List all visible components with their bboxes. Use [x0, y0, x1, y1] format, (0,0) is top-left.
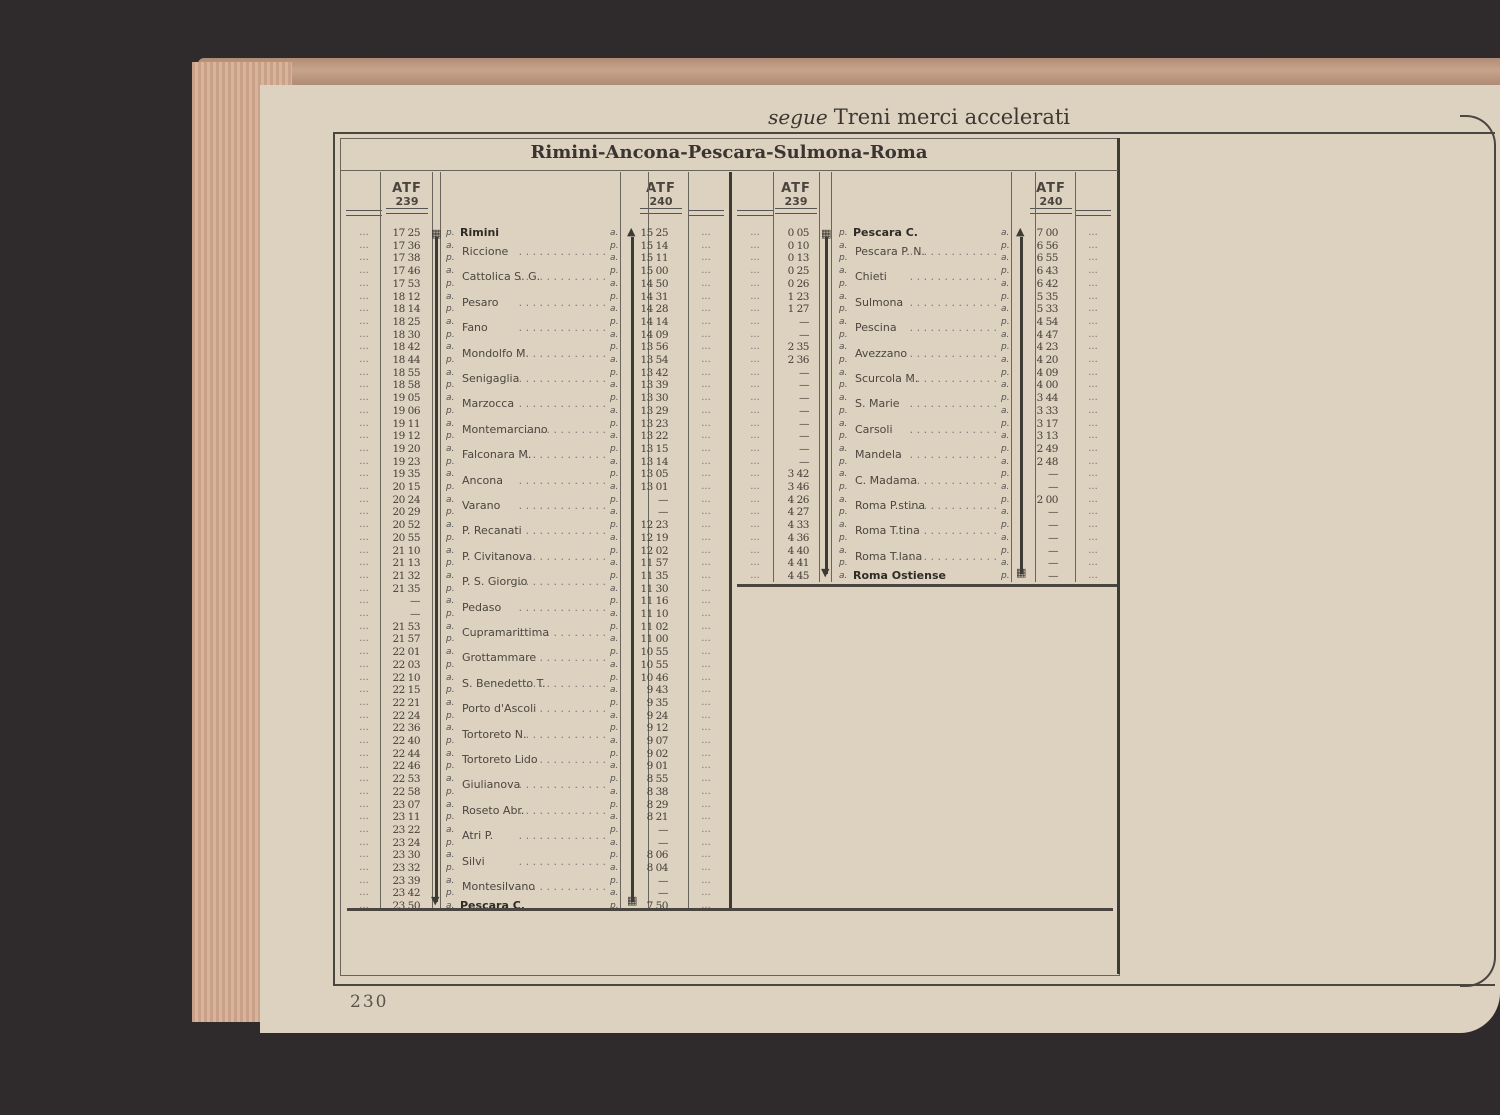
empty-cell: ...: [1075, 278, 1111, 291]
departure-marker: p.: [610, 392, 619, 405]
station-name-terminus: Roma Ostiense: [853, 570, 946, 583]
arrival-marker: a.: [446, 824, 454, 837]
empty-cell: ...: [1075, 367, 1111, 380]
time-cell-up: 15 25: [636, 227, 668, 240]
arrival-marker: a.: [839, 570, 847, 583]
time-cell-down: 18 42: [382, 341, 420, 354]
time-cell-down: 4 27: [771, 506, 809, 519]
empty-cell: ...: [688, 684, 724, 697]
empty-cell: ...: [688, 824, 724, 837]
empty-cell: ...: [688, 786, 724, 799]
train-header-down: ATF239: [771, 182, 821, 208]
empty-cell: ...: [688, 240, 724, 253]
empty-cell: ...: [688, 773, 724, 786]
time-cell-up: 14 14: [636, 316, 668, 329]
arrival-marker: a.: [610, 735, 618, 748]
empty-cell: ...: [346, 608, 382, 621]
running-head-title: Treni merci accelerati: [834, 105, 1070, 129]
empty-cell: ...: [1075, 418, 1111, 431]
arrival-marker: a.: [446, 468, 454, 481]
empty-cell: ...: [737, 570, 773, 583]
column-rule: [620, 172, 621, 910]
empty-cell: ...: [737, 430, 773, 443]
leader-dots: . . . . . . . . . . . . .: [462, 525, 606, 538]
departure-marker: p.: [446, 557, 455, 570]
time-cell-up: 13 14: [636, 456, 668, 469]
time-cell-up: —: [636, 837, 668, 850]
empty-cell: ...: [1075, 481, 1111, 494]
departure-marker: p.: [446, 862, 455, 875]
empty-cell: ...: [688, 329, 724, 342]
leader-dots: . . . . . . . . . . . . .: [462, 754, 606, 767]
time-cell-up: 11 16: [636, 595, 668, 608]
time-cell-up: —: [1026, 481, 1058, 494]
empty-cell: ...: [1075, 227, 1111, 240]
empty-cell: ...: [346, 672, 382, 685]
time-cell-down: 22 10: [382, 672, 420, 685]
empty-cell: ...: [737, 367, 773, 380]
up-arrow-icon: ▲: [627, 225, 635, 238]
arrival-marker: a.: [446, 748, 454, 761]
empty-cell: ...: [688, 379, 724, 392]
arrival-marker: a.: [610, 278, 618, 291]
time-cell-up: 6 42: [1026, 278, 1058, 291]
time-cell-down: 21 10: [382, 545, 420, 558]
time-cell-down: 19 06: [382, 405, 420, 418]
train-terminus-icon: ▦: [1016, 566, 1026, 579]
departure-marker: p.: [446, 887, 455, 900]
departure-marker: p.: [610, 748, 619, 761]
empty-cell: ...: [688, 392, 724, 405]
arrival-marker: a.: [610, 684, 618, 697]
time-cell-up: 6 55: [1026, 252, 1058, 265]
time-cell-up: 15 11: [636, 252, 668, 265]
time-cell-down: 22 21: [382, 697, 420, 710]
departure-marker: p.: [839, 329, 848, 342]
departure-marker: p.: [1001, 418, 1010, 431]
empty-cell: ...: [346, 252, 382, 265]
time-cell-down: 22 01: [382, 646, 420, 659]
empty-cell: ...: [688, 849, 724, 862]
time-cell-down: 4 40: [771, 545, 809, 558]
departure-marker: p.: [610, 443, 619, 456]
departure-marker: p.: [1001, 468, 1010, 481]
time-cell-up: 4 54: [1026, 316, 1058, 329]
time-cell-down: 0 05: [771, 227, 809, 240]
arrival-marker: a.: [610, 583, 618, 596]
train-origin-icon: ▦: [431, 227, 441, 240]
leader-dots: . . . . . . . . . . . . .: [462, 652, 606, 665]
down-direction-arrow: [435, 237, 438, 902]
empty-cell: ...: [688, 735, 724, 748]
leader-dots: . . . . . . . . . . . . .: [462, 297, 606, 310]
time-cell-down: 23 24: [382, 837, 420, 850]
departure-marker: p.: [610, 697, 619, 710]
empty-cell: ...: [346, 710, 382, 723]
empty-cell: ...: [688, 659, 724, 672]
departure-marker: p.: [446, 583, 455, 596]
time-cell-down: —: [771, 367, 809, 380]
arrival-marker: a.: [839, 418, 847, 431]
time-cell-up: 13 01: [636, 481, 668, 494]
departure-marker: p.: [610, 646, 619, 659]
time-cell-down: —: [771, 430, 809, 443]
departure-marker: p.: [446, 735, 455, 748]
empty-cell: ...: [346, 824, 382, 837]
time-cell-up: 5 35: [1026, 291, 1058, 304]
arrival-marker: a.: [446, 849, 454, 862]
empty-cell: ...: [346, 837, 382, 850]
leader-dots: . . . . . . . . . . . . .: [855, 271, 997, 284]
empty-cell: ...: [346, 303, 382, 316]
time-cell-down: —: [771, 405, 809, 418]
arrival-marker: a.: [839, 367, 847, 380]
time-cell-up: 3 44: [1026, 392, 1058, 405]
empty-cell: ...: [688, 481, 724, 494]
empty-cell: ...: [688, 799, 724, 812]
time-cell-down: 19 11: [382, 418, 420, 431]
empty-cell: ...: [346, 291, 382, 304]
time-cell-down: 0 25: [771, 265, 809, 278]
leader-dots: . . . . . . . . . . . . .: [462, 246, 606, 259]
departure-marker: p.: [839, 430, 848, 443]
time-cell-up: —: [1026, 545, 1058, 558]
time-cell-up: 6 56: [1026, 240, 1058, 253]
empty-cell: ...: [346, 545, 382, 558]
time-cell-down: —: [771, 329, 809, 342]
arrival-marker: a.: [446, 875, 454, 888]
train-type-label: ATF: [1026, 182, 1076, 195]
station-name-origin: Rimini: [460, 227, 499, 240]
empty-cell: ...: [688, 532, 724, 545]
empty-cell: ...: [688, 443, 724, 456]
departure-marker: p.: [839, 252, 848, 265]
time-cell-up: 15 00: [636, 265, 668, 278]
leader-dots: . . . . . . . . . . . . .: [462, 348, 606, 361]
empty-cell: ...: [688, 519, 724, 532]
empty-cell: ...: [1075, 303, 1111, 316]
empty-cell: ...: [688, 748, 724, 761]
empty-cell: ...: [346, 329, 382, 342]
empty-cell: ...: [737, 506, 773, 519]
arrival-marker: a.: [446, 722, 454, 735]
departure-marker: p.: [446, 506, 455, 519]
time-cell-down: 0 13: [771, 252, 809, 265]
time-cell-up: 6 43: [1026, 265, 1058, 278]
arrival-marker: a.: [446, 367, 454, 380]
time-cell-down: 19 20: [382, 443, 420, 456]
arrival-marker: a.: [610, 227, 618, 240]
train-number: 240: [1026, 195, 1076, 208]
time-cell-up: 14 31: [636, 291, 668, 304]
leader-dots: . . . . . . . . . . . . .: [855, 475, 997, 488]
leader-dots: . . . . . . . . . . . . .: [855, 449, 997, 462]
time-cell-down: —: [771, 443, 809, 456]
empty-cell: ...: [346, 887, 382, 900]
arrival-marker: a.: [446, 646, 454, 659]
time-cell-up: 9 35: [636, 697, 668, 710]
departure-marker: p.: [1001, 392, 1010, 405]
time-cell-down: —: [771, 392, 809, 405]
empty-cell: ...: [688, 595, 724, 608]
time-cell-down: 23 11: [382, 811, 420, 824]
arrival-marker: a.: [610, 430, 618, 443]
time-cell-down: 23 22: [382, 824, 420, 837]
time-cell-down: 18 44: [382, 354, 420, 367]
time-cell-up: 3 13: [1026, 430, 1058, 443]
empty-cell: ...: [688, 506, 724, 519]
empty-cell: ...: [688, 621, 724, 634]
time-cell-up: 4 00: [1026, 379, 1058, 392]
time-cell-up: 4 20: [1026, 354, 1058, 367]
arrival-marker: a.: [610, 252, 618, 265]
departure-marker: p.: [446, 227, 455, 240]
arrival-marker: a.: [1001, 557, 1009, 570]
arrival-marker: a.: [839, 341, 847, 354]
arrival-marker: a.: [839, 443, 847, 456]
empty-cell: ...: [346, 646, 382, 659]
arrival-marker: a.: [446, 341, 454, 354]
arrival-marker: a.: [610, 710, 618, 723]
empty-cell: ...: [688, 456, 724, 469]
departure-marker: p.: [446, 252, 455, 265]
train-type-label: ATF: [771, 182, 821, 195]
leader-dots: . . . . . . . . . . . . .: [855, 322, 997, 335]
arrival-marker: a.: [610, 379, 618, 392]
empty-cell: ...: [346, 494, 382, 507]
time-cell-up: —: [636, 875, 668, 888]
leader-dots: . . . . . . . . . . . . .: [462, 602, 606, 615]
time-cell-down: 18 14: [382, 303, 420, 316]
departure-marker: p.: [839, 532, 848, 545]
arrival-marker: a.: [1001, 430, 1009, 443]
empty-cell: ...: [688, 227, 724, 240]
empty-cell: ...: [1075, 468, 1111, 481]
arrival-marker: a.: [1001, 481, 1009, 494]
arrival-marker: a.: [1001, 506, 1009, 519]
leader-dots: . . . . . . . . . . . . .: [462, 500, 606, 513]
departure-marker: p.: [610, 875, 619, 888]
time-cell-down: 22 36: [382, 722, 420, 735]
arrival-marker: a.: [610, 354, 618, 367]
empty-cell: ...: [346, 684, 382, 697]
empty-cell: ...: [346, 595, 382, 608]
departure-marker: p.: [1001, 316, 1010, 329]
leader-dots: . . . . . . . . . . . . .: [462, 729, 606, 742]
empty-cell: ...: [1075, 456, 1111, 469]
arrival-marker: a.: [610, 456, 618, 469]
empty-cell: ...: [737, 468, 773, 481]
arrival-marker: a.: [610, 887, 618, 900]
arrival-marker: a.: [610, 303, 618, 316]
time-cell-up: 12 23: [636, 519, 668, 532]
leader-dots: . . . . . . . . . . . . .: [855, 398, 997, 411]
header-double-rule: [1030, 208, 1072, 214]
time-cell-up: 9 12: [636, 722, 668, 735]
time-cell-up: —: [636, 824, 668, 837]
empty-cell: ...: [737, 443, 773, 456]
arrival-marker: a.: [1001, 227, 1009, 240]
time-cell-down: 17 36: [382, 240, 420, 253]
arrival-marker: a.: [446, 392, 454, 405]
down-arrow-icon: ▼: [821, 566, 829, 579]
empty-cell: ...: [346, 583, 382, 596]
empty-cell: ...: [1075, 443, 1111, 456]
station-name-origin: Pescara C.: [853, 227, 918, 240]
empty-cell: ...: [1075, 506, 1111, 519]
time-cell-up: 9 07: [636, 735, 668, 748]
time-cell-up: 11 10: [636, 608, 668, 621]
empty-cell: ...: [688, 760, 724, 773]
empty-cell: ...: [1075, 392, 1111, 405]
time-cell-up: 15 14: [636, 240, 668, 253]
empty-cell: ...: [688, 722, 724, 735]
arrival-marker: a.: [610, 633, 618, 646]
departure-marker: p.: [839, 456, 848, 469]
empty-cell: ...: [346, 862, 382, 875]
departure-marker: p.: [610, 316, 619, 329]
empty-cell: ...: [346, 481, 382, 494]
empty-cell: ...: [1075, 570, 1111, 583]
empty-cell: ...: [346, 506, 382, 519]
time-cell-up: 9 01: [636, 760, 668, 773]
column-rule: [1011, 172, 1012, 582]
empty-cell: ...: [737, 532, 773, 545]
departure-marker: p.: [446, 379, 455, 392]
time-cell-down: 18 30: [382, 329, 420, 342]
time-cell-down: 19 23: [382, 456, 420, 469]
departure-marker: p.: [446, 303, 455, 316]
time-cell-down: 0 10: [771, 240, 809, 253]
empty-cell: ...: [346, 532, 382, 545]
time-cell-up: 13 23: [636, 418, 668, 431]
arrival-marker: a.: [446, 494, 454, 507]
leader-dots: . . . . . . . . . . . . .: [462, 678, 606, 691]
time-cell-down: 17 38: [382, 252, 420, 265]
time-cell-up: 11 57: [636, 557, 668, 570]
empty-cell: ...: [1075, 265, 1111, 278]
arrival-marker: a.: [446, 316, 454, 329]
empty-cell: ...: [1075, 532, 1111, 545]
empty-cell: ...: [346, 811, 382, 824]
departure-marker: p.: [610, 519, 619, 532]
departure-marker: p.: [446, 684, 455, 697]
header-double-rule: [640, 208, 682, 214]
time-cell-down: 18 55: [382, 367, 420, 380]
train-header-up: ATF240: [636, 182, 686, 208]
departure-marker: p.: [610, 799, 619, 812]
time-cell-up: 2 49: [1026, 443, 1058, 456]
time-cell-down: 3 42: [771, 468, 809, 481]
time-cell-down: 18 25: [382, 316, 420, 329]
empty-cell: ...: [346, 443, 382, 456]
empty-cell: ...: [737, 354, 773, 367]
departure-marker: p.: [610, 291, 619, 304]
departure-marker: p.: [610, 494, 619, 507]
departure-marker: p.: [839, 278, 848, 291]
time-cell-up: 14 28: [636, 303, 668, 316]
header-double-rule: [386, 208, 428, 214]
departure-marker: p.: [610, 570, 619, 583]
departure-marker: p.: [610, 722, 619, 735]
time-cell-down: 23 42: [382, 887, 420, 900]
departure-marker: p.: [839, 506, 848, 519]
empty-cell: ...: [688, 252, 724, 265]
train-number: 240: [636, 195, 686, 208]
arrival-marker: a.: [610, 862, 618, 875]
time-cell-down: 1 27: [771, 303, 809, 316]
arrival-marker: a.: [839, 545, 847, 558]
time-cell-down: 22 15: [382, 684, 420, 697]
timetable-left-section: ATF239ATF240▦▲▼▦...17 2515 25...p.Rimini…: [340, 172, 730, 912]
time-cell-down: 21 13: [382, 557, 420, 570]
empty-cell: ...: [688, 887, 724, 900]
departure-marker: p.: [446, 405, 455, 418]
empty-cell: ...: [346, 557, 382, 570]
empty-cell: ...: [1075, 354, 1111, 367]
time-cell-down: —: [771, 418, 809, 431]
time-cell-up: 2 00: [1026, 494, 1058, 507]
leader-dots: . . . . . . . . . . . . .: [462, 449, 606, 462]
page-number: 230: [350, 992, 388, 1012]
leader-dots: . . . . . . . . . . . . .: [462, 322, 606, 335]
time-cell-up: 7 00: [1026, 227, 1058, 240]
leader-dots: . . . . . . . . . . . . .: [462, 805, 606, 818]
empty-cell: ...: [346, 418, 382, 431]
empty-cell: ...: [346, 722, 382, 735]
header-double-rule: [346, 210, 382, 216]
train-header-up: ATF240: [1026, 182, 1076, 208]
departure-marker: p.: [446, 633, 455, 646]
empty-cell: ...: [346, 697, 382, 710]
empty-cell: ...: [346, 265, 382, 278]
time-cell-down: 18 12: [382, 291, 420, 304]
time-cell-down: 20 15: [382, 481, 420, 494]
time-cell-down: 4 36: [771, 532, 809, 545]
empty-cell: ...: [688, 710, 724, 723]
header-double-rule: [737, 210, 773, 216]
time-cell-down: 4 41: [771, 557, 809, 570]
page-frame-right-curve: [1460, 115, 1496, 987]
empty-cell: ...: [688, 418, 724, 431]
station-name: Pescara C.: [853, 226, 918, 239]
time-cell-down: 22 46: [382, 760, 420, 773]
empty-cell: ...: [346, 519, 382, 532]
arrival-marker: a.: [446, 672, 454, 685]
empty-cell: ...: [737, 303, 773, 316]
leader-dots: . . . . . . . . . . . . .: [855, 551, 997, 564]
leader-dots: . . . . . . . . . . . . .: [462, 779, 606, 792]
arrival-marker: a.: [446, 595, 454, 608]
empty-cell: ...: [346, 621, 382, 634]
empty-cell: ...: [688, 303, 724, 316]
empty-cell: ...: [688, 545, 724, 558]
column-rule: [819, 172, 820, 582]
time-cell-down: 23 32: [382, 862, 420, 875]
time-cell-up: 13 39: [636, 379, 668, 392]
empty-cell: ...: [688, 837, 724, 850]
time-cell-up: 13 56: [636, 341, 668, 354]
arrival-marker: a.: [839, 468, 847, 481]
time-cell-up: 14 09: [636, 329, 668, 342]
empty-cell: ...: [346, 405, 382, 418]
empty-cell: ...: [688, 430, 724, 443]
arrival-marker: a.: [1001, 379, 1009, 392]
departure-marker: p.: [446, 659, 455, 672]
empty-cell: ...: [688, 494, 724, 507]
empty-cell: ...: [1075, 545, 1111, 558]
empty-cell: ...: [346, 786, 382, 799]
